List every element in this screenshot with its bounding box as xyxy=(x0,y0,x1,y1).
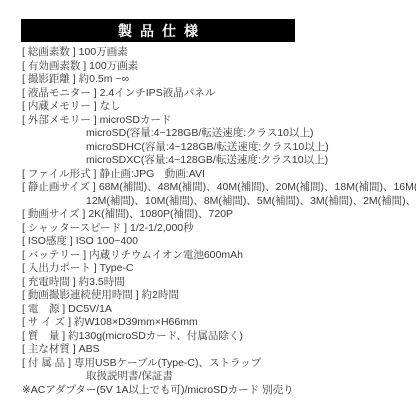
spec-label: [ 内蔵メモリー ] xyxy=(22,100,97,112)
spec-label: [ ファイル形式 ] xyxy=(22,168,96,180)
spec-value: 100万画素 xyxy=(89,60,138,72)
spec-label: [ シャッタースピード ] xyxy=(22,222,127,234)
spec-value: ABS xyxy=(79,343,100,355)
spec-value: 専用USBケーブル(Type-C)、ストラップ xyxy=(74,357,261,369)
spec-label: [ 外部メモリー ] xyxy=(22,114,97,126)
spec-row-total-pixels: [ 総画素数 ]100万画素 xyxy=(22,46,414,60)
spec-label: [ 充電時間 ] xyxy=(22,276,76,288)
spec-label: [ 動画撮影連続使用時間 ] xyxy=(22,289,139,301)
spec-label: [ 総画素数 ] xyxy=(22,46,76,58)
footnote: ※ACアダプター(5V 1A以上でも可)/microSDカード 別売り xyxy=(22,384,414,398)
spec-row-io-port: [ 入出力ポート ]Type-C xyxy=(22,262,414,276)
spec-row-charging-time: [ 充電時間 ]約3.5時間 xyxy=(22,276,414,290)
spec-value-continuation: 取扱説明書/保証書 xyxy=(22,370,414,384)
spec-row-battery: [ バッテリー ]内蔵リチウムイオン電池600mAh xyxy=(22,249,414,263)
spec-row-continuous-recording-time: [ 動画撮影連続使用時間 ]約2時間 xyxy=(22,289,414,303)
spec-value: ISO 100~400 xyxy=(76,235,138,247)
spec-label: [ 動画サイズ ] xyxy=(22,208,85,220)
spec-value-continuation: microSD(容量:4~128GB/転送速度:クラス10以上) xyxy=(22,127,414,141)
spec-row-video-size: [ 動画サイズ ]2K(補間)、1080P(補間)、720P xyxy=(22,208,414,222)
spec-row-shutter-speed: [ シャッタースピード ]1/2-1/2,000秒 xyxy=(22,222,414,236)
spec-row-file-format: [ ファイル形式 ]静止画:JPG 動画:AVI xyxy=(22,168,414,182)
spec-label: [ バッテリー ] xyxy=(22,249,86,261)
spec-label: [ 付 属 品 ] xyxy=(22,357,71,369)
spec-value: DC5V/1A xyxy=(68,303,112,315)
spec-value: Type-C xyxy=(100,262,134,274)
spec-row-external-memory: [ 外部メモリー ]microSDカード xyxy=(22,114,414,128)
spec-value: 約130g(microSDカード、付属品除く) xyxy=(68,330,243,342)
spec-value: 約0.5m ~∞ xyxy=(79,73,129,85)
spec-value: 2.4インチIPS液晶パネル xyxy=(100,87,216,99)
spec-value: なし xyxy=(100,100,121,112)
spec-row-accessories: [ 付 属 品 ]専用USBケーブル(Type-C)、ストラップ xyxy=(22,357,414,371)
spec-label: [ 有効画素数 ] xyxy=(22,60,86,72)
spec-value: 2K(補間)、1080P(補間)、720P xyxy=(88,208,233,220)
spec-value: 1/2-1/2,000秒 xyxy=(130,222,194,234)
spec-label: [ 撮影距離 ] xyxy=(22,73,76,85)
spec-row-power: [ 電 源 ]DC5V/1A xyxy=(22,303,414,317)
spec-row-shooting-distance: [ 撮影距離 ]約0.5m ~∞ xyxy=(22,73,414,87)
spec-value-continuation: microSDXC(容量:4~128GB/転送速度:クラス10以上) xyxy=(22,154,414,168)
spec-sheet: 製品仕様 [ 総画素数 ]100万画素 [ 有効画素数 ]100万画素 [ 撮影… xyxy=(0,0,416,416)
spec-value: microSDカード xyxy=(100,114,172,126)
spec-value: 68M(補間)、48M(補間)、40M(補間)、20M(補間)、18M(補間)、… xyxy=(99,181,416,193)
spec-label: [ 液晶モニター ] xyxy=(22,87,97,99)
spec-row-iso: [ ISO感度 ]ISO 100~400 xyxy=(22,235,414,249)
spec-label: [ 主な材質 ] xyxy=(22,343,76,355)
spec-label: [ ISO感度 ] xyxy=(22,235,73,247)
spec-label: [ 静止画サイズ ] xyxy=(22,181,96,193)
spec-value: 約W108×D39mm×H66mm xyxy=(74,316,198,328)
spec-row-effective-pixels: [ 有効画素数 ]100万画素 xyxy=(22,60,414,74)
spec-value: 100万画素 xyxy=(79,46,128,58)
spec-value: 約2時間 xyxy=(142,289,179,301)
spec-label: [ 入出力ポート ] xyxy=(22,262,97,274)
spec-value-continuation: 12M(補間)、10M(補間)、8M(補間)、5M(補間)、3M(補間)、2M(… xyxy=(22,195,414,209)
spec-label: [ 質 量 ] xyxy=(22,330,65,342)
spec-row-material: [ 主な材質 ]ABS xyxy=(22,343,414,357)
spec-label: [ 電 源 ] xyxy=(22,303,65,315)
spec-value: 静止画:JPG 動画:AVI xyxy=(99,168,204,180)
page-title: 製品仕様 xyxy=(118,21,206,41)
spec-row-lcd-monitor: [ 液晶モニター ]2.4インチIPS液晶パネル xyxy=(22,87,414,101)
spec-value: 内蔵リチウムイオン電池600mAh xyxy=(89,249,243,261)
spec-value: 約3.5時間 xyxy=(79,276,125,288)
spec-row-size: [ サ イ ズ ]約W108×D39mm×H66mm xyxy=(22,316,414,330)
spec-list: [ 総画素数 ]100万画素 [ 有効画素数 ]100万画素 [ 撮影距離 ]約… xyxy=(22,46,414,397)
header-bar: 製品仕様 xyxy=(21,19,295,42)
spec-row-internal-memory: [ 内蔵メモリー ]なし xyxy=(22,100,414,114)
spec-label: [ サ イ ズ ] xyxy=(22,316,71,328)
spec-row-weight: [ 質 量 ]約130g(microSDカード、付属品除く) xyxy=(22,330,414,344)
spec-row-still-image-size: [ 静止画サイズ ]68M(補間)、48M(補間)、40M(補間)、20M(補間… xyxy=(22,181,414,195)
spec-value-continuation: microSDHC(容量:4~128GB/転送速度:クラス10以上) xyxy=(22,141,414,155)
